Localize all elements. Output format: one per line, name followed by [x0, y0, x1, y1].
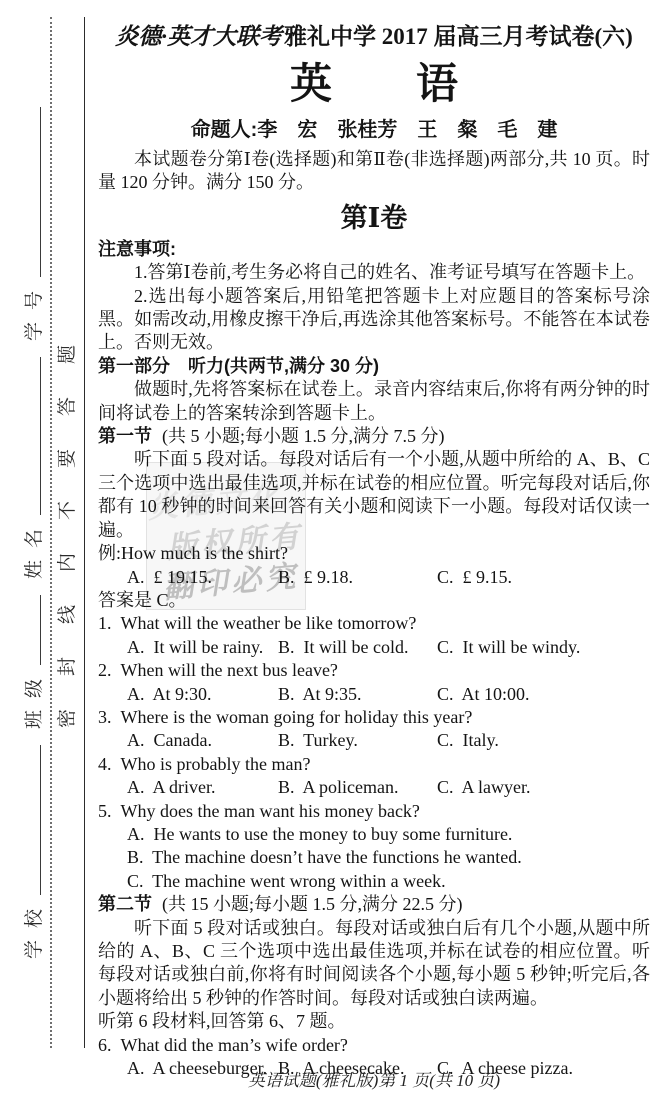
seal-line-column: 密封线内不要答题	[52, 310, 82, 730]
class-field-label: 班级	[19, 667, 46, 729]
question-5-text: Why does the man want his money back?	[121, 801, 420, 821]
question-1: 1.What will the weather be like tomorrow…	[98, 612, 650, 635]
seal-line-text: 密封线内不要答题	[52, 310, 82, 730]
question-3-option-c: C. Italy.	[437, 729, 650, 752]
section2-instructions: 听下面 5 段对话或独白。每段对话或独白后有几个小题,从题中所给的 A、B、C …	[98, 917, 650, 1011]
question-2-option-c: C. At 10:00.	[437, 683, 650, 706]
listening-example-question: 例:How much is the shirt?	[98, 542, 650, 565]
question-6-number: 6.	[98, 1035, 112, 1055]
question-6: 6.What did the man’s wife order?	[98, 1034, 650, 1057]
exam-content: 炎德·英才大联考雅礼中学 2017 届高三月考试卷(六) 英 语 命题人:李 宏…	[98, 12, 650, 1080]
question-2-options: A. At 9:30. B. At 9:35. C. At 10:00.	[98, 683, 650, 706]
section2-heading-rest: (共 15 小题;每小题 1.5 分,满分 22.5 分)	[162, 894, 463, 914]
exam-paper-page: 学校 班级 姓名 学号 密封线内不要答题 炎德文化 版权所有 翻印必究 炎德·英…	[0, 0, 660, 1106]
question-1-option-a: A. It will be rainy.	[127, 636, 278, 659]
paper-intro: 本试题卷分第Ⅰ卷(选择题)和第Ⅱ卷(非选择题)两部分,共 10 页。时量 120…	[98, 148, 650, 195]
question-3-options: A. Canada. B. Turkey. C. Italy.	[98, 729, 650, 752]
class-field-blank	[23, 595, 41, 665]
question-5-option-a: A. He wants to use the money to buy some…	[98, 823, 650, 846]
question-3: 3.Where is the woman going for holiday t…	[98, 706, 650, 729]
question-6-text: What did the man’s wife order?	[121, 1035, 348, 1055]
content-border-line	[84, 17, 85, 1048]
question-1-text: What will the weather be like tomorrow?	[121, 613, 417, 633]
section1-heading-bold: 第一节	[98, 426, 152, 446]
question-4: 4.Who is probably the man?	[98, 753, 650, 776]
question-3-text: Where is the woman going for holiday thi…	[121, 707, 473, 727]
section1-heading-rest: (共 5 小题;每小题 1.5 分,满分 7.5 分)	[162, 426, 445, 446]
question-4-text: Who is probably the man?	[121, 754, 311, 774]
question-3-option-a: A. Canada.	[127, 729, 278, 752]
exam-brand: 炎德·英才大联考	[115, 24, 282, 49]
student-number-field-blank	[23, 107, 41, 277]
question-5-options: A. He wants to use the money to buy some…	[98, 823, 650, 893]
example-option-b: B. £ 9.18.	[278, 566, 437, 589]
student-number-field-label: 学号	[19, 279, 46, 341]
setters-line: 命题人:李 宏 张桂芳 王 粲 毛 建	[98, 118, 650, 143]
section1-instructions: 听下面 5 段对话。每段对话后有一个小题,从题中所给的 A、B、C 三个选项中选…	[98, 448, 650, 542]
section2-heading-bold: 第二节	[98, 894, 152, 914]
question-2-option-b: B. At 9:35.	[278, 683, 437, 706]
notice-heading: 注意事项:	[98, 238, 650, 261]
school-field-label: 学校	[19, 897, 46, 959]
example-options-row: A. £ 19.15. B. £ 9.18. C. £ 9.15.	[98, 566, 650, 589]
question-4-options: A. A driver. B. A policeman. C. A lawyer…	[98, 776, 650, 799]
volume-1-title: 第Ⅰ卷	[98, 201, 650, 235]
question-4-option-a: A. A driver.	[127, 776, 278, 799]
question-5-number: 5.	[98, 801, 112, 821]
material-6-note: 听第 6 段材料,回答第 6、7 题。	[98, 1010, 650, 1033]
question-1-option-b: B. It will be cold.	[278, 636, 437, 659]
example-answer: 答案是 C。	[98, 589, 650, 612]
exam-title-rest: 雅礼中学 2017 届高三月考试卷(六)	[284, 24, 633, 49]
question-2-option-a: A. At 9:30.	[127, 683, 278, 706]
notice-item-1: 1.答第Ⅰ卷前,考生务必将自己的姓名、准考证号填写在答题卡上。	[98, 261, 650, 284]
part1-heading: 第一部分 听力(共两节,满分 30 分)	[98, 355, 650, 378]
subject-title: 英 语	[98, 61, 650, 107]
section1-heading: 第一节(共 5 小题;每小题 1.5 分,满分 7.5 分)	[98, 425, 650, 448]
exam-title: 炎德·英才大联考雅礼中学 2017 届高三月考试卷(六)	[98, 22, 650, 52]
example-option-c: C. £ 9.15.	[437, 566, 650, 589]
question-2-number: 2.	[98, 660, 112, 680]
question-5-option-c: C. The machine went wrong within a week.	[98, 870, 650, 893]
question-4-option-b: B. A policeman.	[278, 776, 437, 799]
example-option-a: A. £ 19.15.	[127, 566, 278, 589]
question-1-number: 1.	[98, 613, 112, 633]
question-1-option-c: C. It will be windy.	[437, 636, 650, 659]
question-3-number: 3.	[98, 707, 112, 727]
question-1-options: A. It will be rainy. B. It will be cold.…	[98, 636, 650, 659]
student-info-column: 学校 班级 姓名 学号	[13, 95, 51, 961]
name-field-blank	[23, 357, 41, 515]
question-2-text: When will the next bus leave?	[121, 660, 338, 680]
question-4-number: 4.	[98, 754, 112, 774]
section2-heading: 第二节(共 15 小题;每小题 1.5 分,满分 22.5 分)	[98, 893, 650, 916]
question-2: 2.When will the next bus leave?	[98, 659, 650, 682]
question-5-option-b: B. The machine doesn’t have the function…	[98, 846, 650, 869]
question-4-option-c: C. A lawyer.	[437, 776, 650, 799]
question-3-option-b: B. Turkey.	[278, 729, 437, 752]
part1-instructions: 做题时,先将答案标在试卷上。录音内容结束后,你将有两分钟的时间将试卷上的答案转涂…	[98, 378, 650, 425]
name-field-label: 姓名	[19, 517, 46, 579]
notice-item-2: 2.选出每小题答案后,用铅笔把答题卡上对应题目的答案标号涂黑。如需改动,用橡皮擦…	[98, 285, 650, 355]
school-field-blank	[23, 745, 41, 895]
question-5: 5.Why does the man want his money back?	[98, 800, 650, 823]
page-footer: 英语试题(雅礼版)第 1 页(共 10 页)	[98, 1066, 650, 1091]
